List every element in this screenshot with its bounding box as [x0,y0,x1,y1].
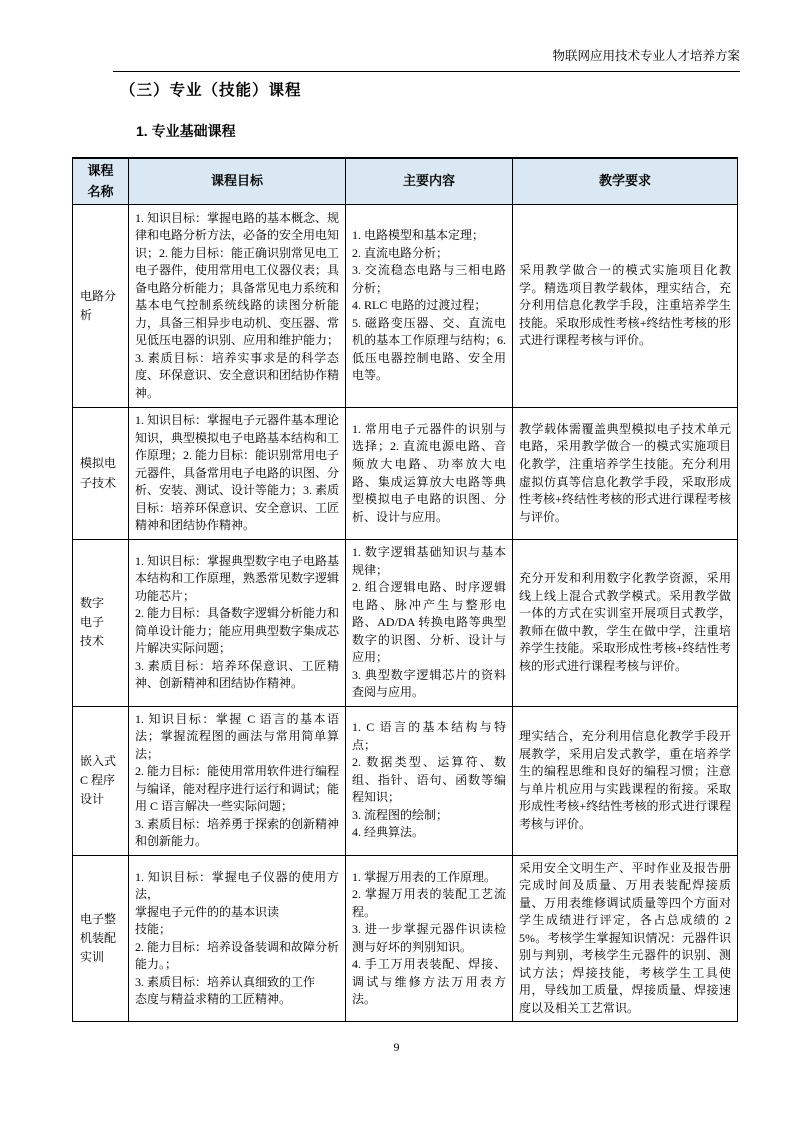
header-row: 课程 名称 课程目标 主要内容 教学要求 [73,158,738,205]
page-number: 9 [0,1040,793,1055]
course-name-cell: 嵌入式 C 程序 设计 [73,706,129,855]
course-requirements-cell: 采用安全文明生产、平时作业及报告册完成时间及质量、万用表装配焊接质量、万用表维修… [513,855,738,1022]
course-requirements-cell: 充分开发和利用数字化教学资源，采用线上线上混合式教学模式。采用教学做一体的方式在… [513,540,738,707]
course-requirements-cell: 教学载体需覆盖典型模拟电子技术单元电路，采用教学做合一的模式实施项目化教学，注重… [513,408,738,540]
table-row: 嵌入式 C 程序 设计 1. 知识目标：掌握 C 语言的基本语法；掌握流程图的画… [73,706,738,855]
course-content-cell: 1. 数字逻辑基础知识与基本规律； 2. 组合逻辑电路、时序逻辑电路、脉冲产生与… [346,540,513,707]
course-objectives-cell: 1. 知识目标：掌握 C 语言的基本语法；掌握流程图的画法与常用简单算法； 2.… [129,706,346,855]
table-row: 电路分析 1. 知识目标：掌握电路的基本概念、规律和电路分析方法，必备的安全用电… [73,205,738,408]
course-objectives-cell: 1. 知识目标：掌握电路的基本概念、规律和电路分析方法，必备的安全用电知识；2.… [129,205,346,408]
course-content-cell: 1. C 语言的基本结构与特点； 2. 数据类型、运算符、数组、指针、语句、函数… [346,706,513,855]
column-header-content: 主要内容 [346,158,513,205]
course-table-header: 课程 名称 课程目标 主要内容 教学要求 [73,158,738,205]
table-row: 模拟电子技术 1. 知识目标：掌握电子元器件基本理论知识，典型模拟电子电路基本结… [73,408,738,540]
course-name-cell: 数字 电子 技术 [73,540,129,707]
course-requirements-cell: 理实结合，充分利用信息化教学手段开展教学，采用启发式教学，重在培养学生的编程思维… [513,706,738,855]
course-table: 课程 名称 课程目标 主要内容 教学要求 电路分析 1. 知识目标：掌握电路的基… [72,157,738,1022]
course-name-cell: 电子整机装配实训 [73,855,129,1022]
column-header-objectives: 课程目标 [129,158,346,205]
course-content-cell: 1. 掌握万用表的工作原理。 2. 掌握万用表的装配工艺流程。 3. 进一步掌握… [346,855,513,1022]
column-header-course-name: 课程 名称 [73,158,129,205]
course-objectives-cell: 1. 知识目标：掌握电子元器件基本理论知识，典型模拟电子电路基本结构和工作原理；… [129,408,346,540]
course-content-cell: 1. 常用电子元器件的识别与选择；2. 直流电源电路、音频放大电路、功率放大电路… [346,408,513,540]
column-header-requirements: 教学要求 [513,158,738,205]
course-content-cell: 1. 电路模型和基本定理； 2. 直流电路分析； 3. 交流稳态电路与三相电路分… [346,205,513,408]
page-header-text: 物联网应用技术专业人才培养方案 [113,46,740,72]
document-page: 物联网应用技术专业人才培养方案 （三）专业（技能）课程 1. 专业基础课程 课程… [0,0,793,1122]
course-objectives-cell: 1. 知识目标：掌握电子仪器的使用方法， 掌握电子元件的的基本识读 技能； 2.… [129,855,346,1022]
table-row: 数字 电子 技术 1. 知识目标：掌握典型数字电子电路基本结构和工作原理，熟悉常… [73,540,738,707]
subsection-title: 1. 专业基础课程 [136,121,236,141]
course-name-cell: 模拟电子技术 [73,408,129,540]
course-name-cell: 电路分析 [73,205,129,408]
course-requirements-cell: 采用教学做合一的模式实施项目化教学。精选项目教学载体，理实结合，充分利用信息化教… [513,205,738,408]
table-row: 电子整机装配实训 1. 知识目标：掌握电子仪器的使用方法， 掌握电子元件的的基本… [73,855,738,1022]
section-title: （三）专业（技能）课程 [120,78,302,100]
course-objectives-cell: 1. 知识目标：掌握典型数字电子电路基本结构和工作原理，熟悉常见数字逻辑功能芯片… [129,540,346,707]
